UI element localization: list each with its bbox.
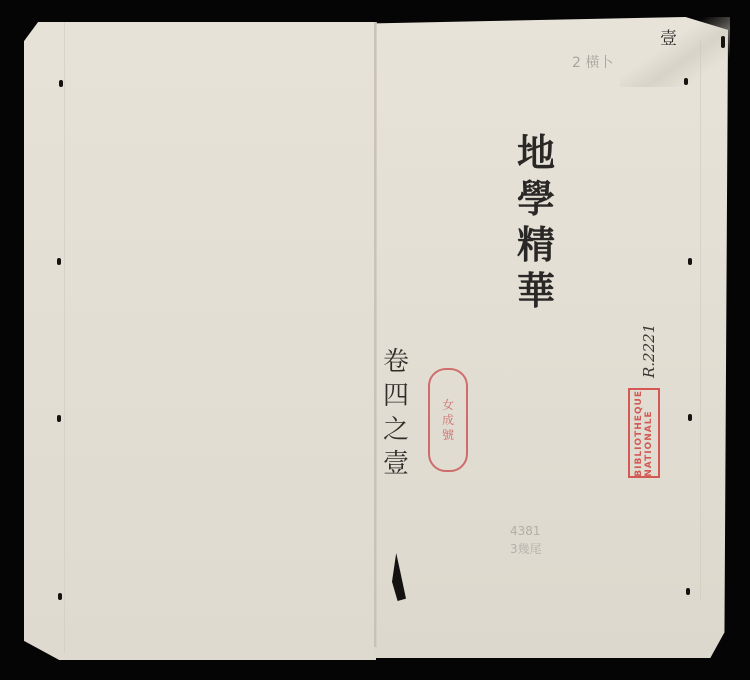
binding-hole: [688, 414, 692, 421]
binding-hole: [721, 36, 725, 48]
seal-char: 女: [442, 398, 454, 413]
title-char: 地: [517, 130, 555, 176]
pencil-line: 3幾尾: [510, 540, 542, 558]
binding-hole: [59, 80, 63, 87]
shelfmark: R.2221: [640, 324, 658, 378]
binding-hole: [58, 593, 62, 600]
title-char: 精: [517, 222, 555, 268]
binding-hole: [684, 78, 688, 85]
volume-column: 卷 四 之 壹: [378, 345, 414, 481]
title-column: 地 學 精 華: [508, 130, 564, 314]
oval-seal-stamp: 女 成 號: [428, 368, 468, 472]
pencil-line: 4381: [510, 522, 542, 540]
binding-hole: [688, 258, 692, 265]
library-stamp: BIBLIOTHEQUE NATIONALE: [628, 388, 660, 478]
spine-fold: [374, 22, 377, 647]
volume-char: 卷: [383, 345, 409, 379]
binding-hole: [57, 258, 61, 265]
binding-hole: [686, 588, 690, 595]
corner-mark: 壹: [660, 24, 677, 49]
left-leaf: [24, 22, 376, 660]
pencil-note-bottom: 4381 3幾尾: [510, 522, 542, 558]
seal-char: 號: [442, 428, 454, 443]
crease-line: [700, 40, 701, 600]
title-char: 學: [517, 176, 555, 222]
right-leaf: [374, 17, 728, 658]
title-char: 華: [517, 268, 555, 314]
binding-hole: [57, 415, 61, 422]
library-stamp-text: BIBLIOTHEQUE NATIONALE: [634, 390, 654, 477]
crease-line: [64, 22, 65, 652]
pencil-note-top: 2 橫卜: [572, 52, 613, 72]
volume-char: 壹: [383, 447, 409, 481]
manuscript-photo: 地 學 精 華 卷 四 之 壹 女 成 號 BIBLIOTHEQUE NATIO…: [0, 0, 750, 680]
volume-char: 四: [383, 379, 409, 413]
seal-char: 成: [442, 413, 454, 428]
volume-char: 之: [383, 413, 409, 447]
